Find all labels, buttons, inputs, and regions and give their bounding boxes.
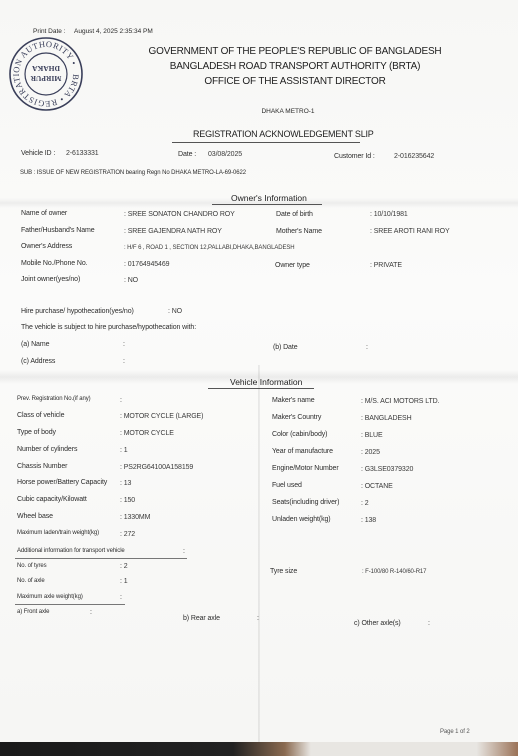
tyres-value: : 2 (120, 563, 127, 570)
office-code: DHAKA METRO-1 (228, 108, 348, 115)
vehicle-id-value: 2-6133331 (66, 150, 99, 157)
joint-owner-label: Joint owner(yes/no) (21, 276, 80, 283)
page-number: Page 1 of 2 (440, 729, 470, 735)
mother-name-label: Mother's Name (276, 228, 322, 235)
print-date-value: August 4, 2025 2:35:34 PM (74, 28, 153, 35)
father-name-value: : SREE GAJENDRA NATH ROY (124, 228, 222, 235)
father-name-label: Father/Husband's Name (21, 227, 95, 234)
vehicle-field-label: Year of manufacture (272, 448, 333, 455)
hire-purchase-label: Hire purchase/ hypothecation(yes/no) (21, 308, 134, 315)
owner-address-label: Owner's Address (21, 243, 72, 250)
vehicle-field-value: : 13 (120, 480, 131, 487)
hire-address-value: : (123, 358, 125, 365)
vehicle-field-value: : M/S. ACI MOTORS LTD. (361, 398, 439, 405)
vehicle-field-value: : 138 (361, 517, 376, 524)
vehicle-field-label: Maker's name (272, 397, 315, 404)
hire-name-label: (a) Name (21, 341, 49, 348)
svg-text:DHAKA: DHAKA (31, 64, 60, 73)
header-office: OFFICE OF THE ASSISTANT DIRECTOR (115, 76, 475, 87)
header-government: GOVERNMENT OF THE PEOPLE'S REPUBLIC OF B… (115, 46, 475, 57)
vehicle-field-label: Color (cabin/body) (272, 431, 327, 438)
vehicle-field-value: : 272 (120, 531, 135, 538)
hire-subject-line: The vehicle is subject to hire purchase/… (21, 324, 196, 331)
mobile-label: Mobile No./Phone No. (21, 260, 87, 267)
max-axle-weight-colon: : (120, 594, 122, 601)
owner-section-title: Owner's Information (231, 193, 307, 203)
vehicle-field-value: : 1 (120, 447, 127, 454)
vehicle-section-title: Vehicle Information (230, 377, 302, 387)
vehicle-field-label: Number of cylinders (17, 446, 77, 453)
vehicle-section-underline (208, 388, 314, 389)
vehicle-field-value: : 1330MM (120, 514, 150, 521)
tyre-size-label: Tyre size (270, 568, 297, 575)
tyre-size-value: : F-100/80 R-140/60-R17 (362, 569, 426, 575)
vehicle-field-value: : MOTOR CYCLE (120, 430, 174, 437)
vehicle-field-label: Seats(including driver) (272, 499, 339, 506)
owner-name-label: Name of owner (21, 210, 67, 217)
vehicle-id-label: Vehicle ID : (21, 150, 55, 157)
other-axle-value: : (428, 620, 430, 627)
vehicle-field-label: Engine/Motor Number (272, 465, 339, 472)
date-value: 03/08/2025 (208, 151, 242, 158)
dob-value: : 10/10/1981 (370, 211, 408, 218)
axle-value: : 1 (120, 578, 127, 585)
vehicle-field-value: : BANGLADESH (361, 415, 412, 422)
hire-name-value: : (123, 341, 125, 348)
owner-type-label: Owner type (275, 262, 310, 269)
vehicle-field-label: Horse power/Battery Capacity (17, 479, 107, 486)
paper-fold (258, 365, 260, 742)
vehicle-field-label: Unladen weight(kg) (272, 516, 331, 523)
front-axle-label: a) Front axle (17, 609, 49, 615)
vehicle-field-value: : 2025 (361, 449, 380, 456)
vehicle-field-value: : 2 (361, 500, 368, 507)
document-page: Print Date : August 4, 2025 2:35:34 PM B… (0, 0, 518, 742)
vehicle-field-label: Cubic capacity/Kilowatt (17, 496, 87, 503)
vehicle-field-label: Class of vehicle (17, 412, 64, 419)
vehicle-field-label: Type of body (17, 429, 56, 436)
other-axle-label: c) Other axle(s) (354, 620, 401, 627)
vehicle-field-label: Wheel base (17, 513, 53, 520)
joint-owner-value: : NO (124, 277, 138, 284)
max-axle-underline (15, 604, 125, 605)
customer-id-value: 2-016235642 (394, 153, 434, 160)
additional-info-underline (15, 558, 187, 559)
owner-type-value: : PRIVATE (370, 262, 402, 269)
owner-section-underline (212, 204, 322, 205)
axle-label: No. of axle (17, 578, 45, 584)
mother-name-value: : SREE AROTI RANI ROY (370, 228, 450, 235)
slip-title-underline (172, 142, 360, 143)
customer-id-label: Customer Id : (334, 153, 375, 160)
max-axle-weight-label: Maximum axle weight(kg) (17, 594, 83, 600)
tyres-label: No. of tyres (17, 563, 46, 569)
slip-title: REGISTRATION ACKNOWLEDGEMENT SLIP (193, 129, 374, 139)
vehicle-field-value: : BLUE (361, 432, 383, 439)
front-axle-value: : (90, 609, 92, 616)
dob-label: Date of birth (276, 211, 313, 218)
hire-purchase-value: : NO (168, 308, 182, 315)
rear-axle-label: b) Rear axle (183, 615, 220, 622)
print-date-label: Print Date : (33, 28, 66, 35)
vehicle-field-label: Fuel used (272, 482, 302, 489)
vehicle-field-value: : 150 (120, 497, 135, 504)
hire-address-label: (c) Address (21, 358, 55, 365)
additional-info-title: Additional information for transport veh… (17, 548, 125, 554)
vehicle-field-value: : MOTOR CYCLE (LARGE) (120, 413, 203, 420)
vehicle-field-value: : G3LSE0379320 (361, 466, 413, 473)
hire-date-label: (b) Date (273, 344, 298, 351)
vehicle-field-value: : (120, 397, 122, 404)
scan-bottom-edge (0, 742, 518, 756)
additional-info-colon: : (183, 548, 185, 555)
owner-address-value: : H/F 6 , ROAD 1 , SECTION 12,PALLABI,DH… (124, 245, 295, 251)
vehicle-field-value: : OCTANE (361, 483, 393, 490)
brta-stamp-icon: BRTA • REGISTRATION AUTHORITY • MIRPUR D… (8, 36, 84, 112)
header-authority: BANGLADESH ROAD TRANSPORT AUTHORITY (BRT… (115, 61, 475, 72)
owner-name-value: : SREE SONATON CHANDRO ROY (124, 211, 235, 218)
vehicle-field-label: Chassis Number (17, 463, 67, 470)
vehicle-field-label: Maximum laden/train weight(kg) (17, 530, 99, 536)
date-label: Date : (178, 151, 196, 158)
vehicle-field-label: Maker's Country (272, 414, 321, 421)
svg-text:MIRPUR: MIRPUR (30, 74, 61, 83)
rear-axle-value: : (257, 615, 259, 622)
mobile-value: : 01764945469 (124, 261, 169, 268)
subject-line: SUB : ISSUE OF NEW REGISTRATION bearing … (20, 170, 246, 176)
hire-date-value: : (366, 344, 368, 351)
vehicle-field-label: Prev. Registration No.(if any) (17, 396, 91, 402)
vehicle-field-value: : PS2RG64100A158159 (120, 464, 193, 471)
